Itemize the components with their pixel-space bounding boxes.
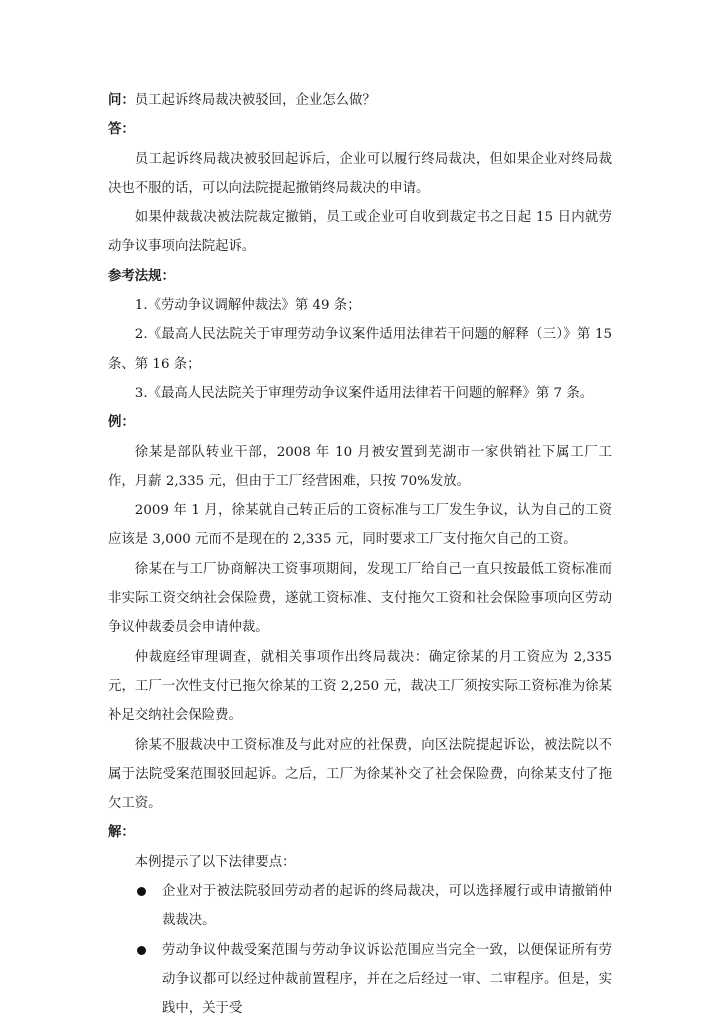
bullet-dot-icon	[137, 887, 146, 896]
answer-paragraph: 员工起诉终局裁决被驳回起诉后，企业可以履行终局裁决，但如果企业对终局裁决也不服的…	[108, 145, 612, 204]
solution-bullet: 劳动争议仲裁受案范围与劳动争议诉讼范围应当完全一致，以便保证所有劳动争议都可以经…	[108, 936, 612, 1020]
example-paragraph: 徐某在与工厂协商解决工资事项期间，发现工厂给自己一直只按最低工资标准而非实际工资…	[108, 555, 612, 643]
example-paragraph: 仲裁庭经审理调查，就相关事项作出终局裁决：确定徐某的月工资应为 2,335 元，…	[108, 643, 612, 731]
bullet-text: 劳动争议仲裁受案范围与劳动争议诉讼范围应当完全一致，以便保证所有劳动争议都可以经…	[162, 943, 612, 1017]
references-heading: 参考法规：	[108, 262, 612, 291]
example-heading: 例：	[108, 408, 612, 437]
bullet-dot-icon	[137, 946, 146, 955]
bullet-text: 企业对于被法院驳回劳动者的起诉的终局裁决，可以选择履行或申请撤销仲裁裁决。	[162, 884, 612, 928]
solution-bullet: 企业对于被法院驳回劳动者的起诉的终局裁决，可以选择履行或申请撤销仲裁裁决。	[108, 877, 612, 936]
reference-item: 1.《劳动争议调解仲裁法》第 49 条；	[108, 291, 612, 320]
solution-intro: 本例提示了以下法律要点：	[108, 848, 612, 877]
solution-heading: 解：	[108, 818, 612, 847]
example-paragraph: 2009 年 1 月，徐某就自己转正后的工资标准与工厂发生争议，认为自己的工资应…	[108, 496, 612, 555]
reference-item: 3.《最高人民法院关于审理劳动争议案件适用法律若干问题的解释》第 7 条。	[108, 379, 612, 408]
reference-item: 2.《最高人民法院关于审理劳动争议案件适用法律若干问题的解释（三）》第 15 条…	[108, 320, 612, 379]
question-line: 问：员工起诉终局裁决被驳回，企业怎么做？	[108, 86, 612, 115]
question-text: 员工起诉终局裁决被驳回，企业怎么做？	[135, 93, 376, 108]
example-paragraph: 徐某是部队转业干部，2008 年 10 月被安置到芜湖市一家供销社下属工厂工作，…	[108, 438, 612, 497]
document-page: 问：员工起诉终局裁决被驳回，企业怎么做？ 答： 员工起诉终局裁决被驳回起诉后，企…	[108, 86, 612, 1020]
question-label: 问：	[108, 92, 135, 108]
example-paragraph: 徐某不服裁决中工资标准及与此对应的社保费，向区法院提起诉讼，被法院以不属于法院受…	[108, 731, 612, 819]
answer-paragraph: 如果仲裁裁决被法院裁定撤销，员工或企业可自收到裁定书之日起 15 日内就劳动争议…	[108, 203, 612, 262]
answer-heading: 答：	[108, 115, 612, 144]
